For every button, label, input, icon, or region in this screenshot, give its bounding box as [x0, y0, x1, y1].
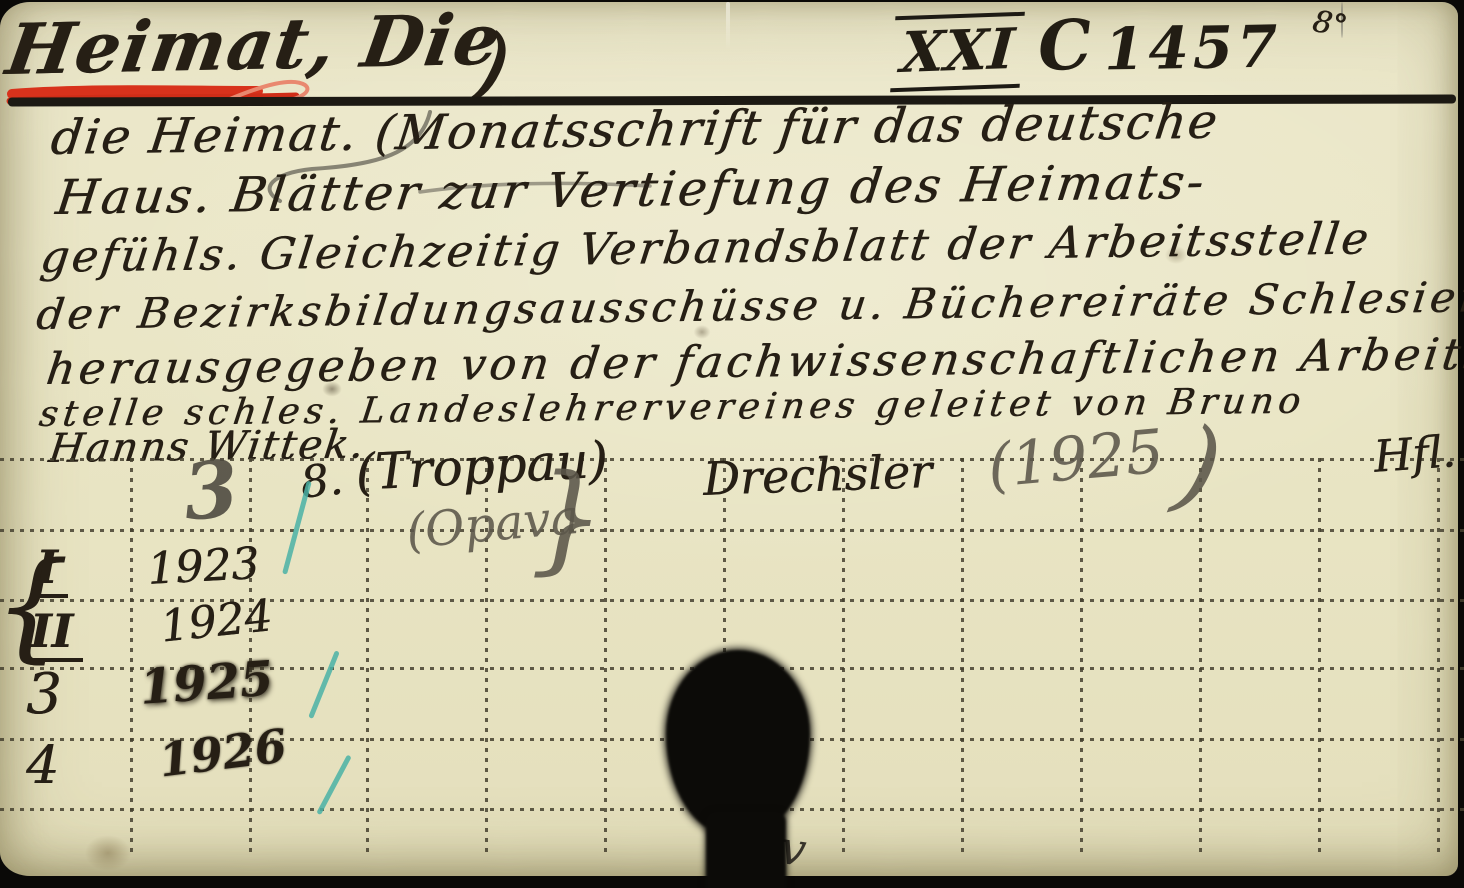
grid-line-vertical — [130, 458, 133, 858]
grid-line-vertical — [961, 458, 964, 858]
body-line: der Bezirksbildungsausschüsse u. Büchere… — [34, 272, 1464, 339]
pencil-checkmark: v — [776, 820, 809, 877]
grid-line-horizontal — [0, 808, 1464, 811]
czech-brace: } — [530, 448, 605, 586]
holdings-year: 1923 — [146, 538, 261, 595]
imprint-publisher: Drechsler — [702, 444, 933, 506]
format-mark: 8° — [1310, 4, 1350, 44]
holdings-year: 1924 — [158, 590, 275, 652]
grid-line-vertical — [366, 458, 369, 858]
imprint-binding: Hfl. — [1372, 426, 1457, 483]
shelfmark-number: 1457 — [1104, 12, 1283, 83]
scanned-catalog-card: Heimat, Die ) XXI C 1457 8° die Heimat. … — [0, 0, 1464, 888]
body-line: gefühls. Gleichzeitig Verbandsblatt der … — [38, 213, 1374, 283]
crease-mark — [726, 2, 730, 50]
grid-line-vertical — [1318, 458, 1321, 858]
grid-line-vertical — [723, 458, 726, 858]
shelfmark-letter: C — [1035, 4, 1095, 88]
grid-line-vertical — [1437, 458, 1440, 858]
teal-check-slash — [282, 481, 312, 575]
catalog-card-paper: Heimat, Die ) XXI C 1457 8° die Heimat. … — [0, 2, 1458, 876]
grid-line-vertical — [1080, 458, 1083, 858]
card-title: Heimat, Die — [1, 0, 507, 91]
red-underline-stroke — [12, 90, 258, 94]
holdings-year: 1925 — [138, 651, 275, 716]
holdings-volume: II — [26, 604, 83, 662]
teal-check-slash — [308, 650, 340, 719]
teal-check-slash — [316, 755, 351, 816]
body-line: Haus. Blätter zur Vertiefung des Heimats… — [53, 154, 1210, 226]
imprint-year-pencil: (1925 — [985, 417, 1167, 502]
shelfmark-roman: XXI — [890, 12, 1025, 92]
holdings-year: 1926 — [156, 718, 290, 787]
shelfmark: XXI C 1457 — [893, 14, 1282, 90]
holdings-volume: 3 — [26, 662, 62, 727]
grid-line-vertical — [842, 458, 845, 858]
pencil-big-number: 3 — [180, 443, 242, 538]
holdings-volume: 4 — [26, 736, 59, 796]
holdings-volume: I — [32, 540, 68, 598]
